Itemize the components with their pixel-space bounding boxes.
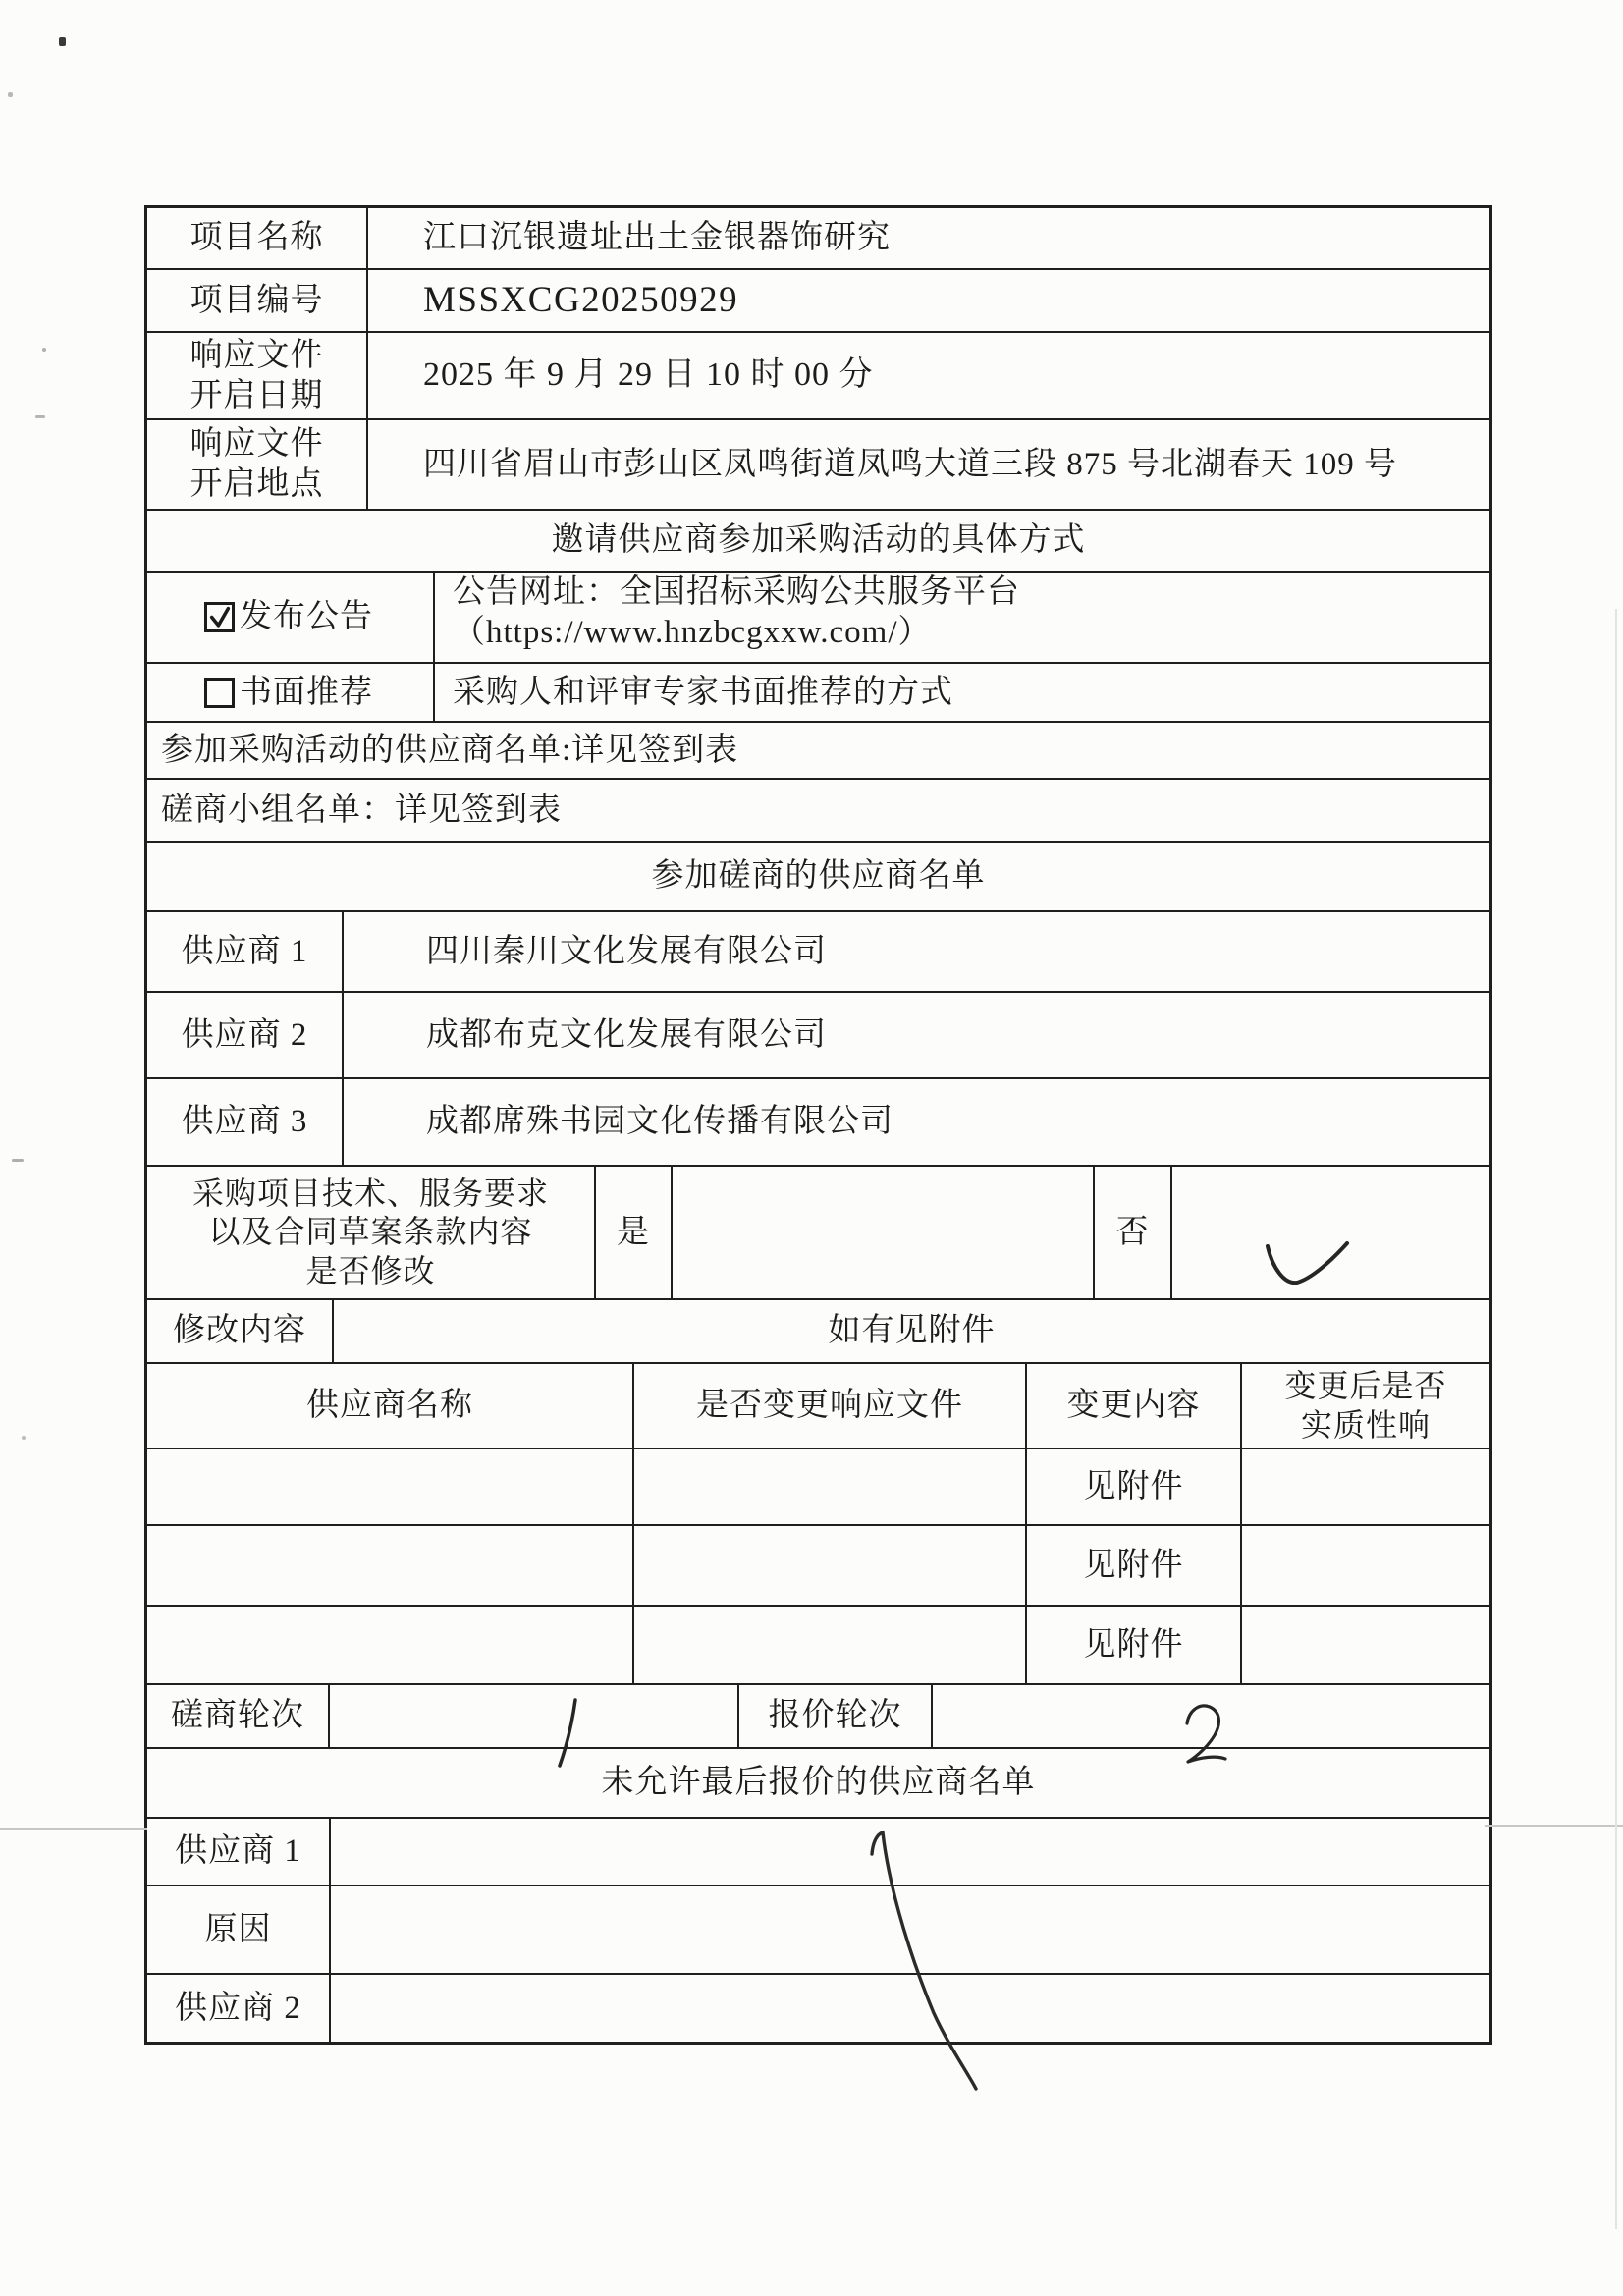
supplier-2-name: 成都布克文化发展有限公司	[344, 993, 1489, 1077]
row-open-place: 响应文件 开启地点 四川省眉山市彭山区凤鸣街道凤鸣大道三段 875 号北湖春天 …	[147, 420, 1489, 511]
supplier-2-label: 供应商 2	[147, 993, 344, 1077]
invite-header: 邀请供应商参加采购活动的具体方式	[147, 511, 1489, 571]
change-row-changed	[634, 1449, 1027, 1524]
row-supplier-2: 供应商 2 成都布克文化发展有限公司	[147, 993, 1489, 1079]
row-announce: 发布公告 公告网址：全国招标采购公共服务平台 （https://www.hnzb…	[147, 573, 1489, 664]
project-name-value: 江口沉银遗址出土金银器饰研究	[368, 208, 1489, 268]
announce-value: 公告网址：全国招标采购公共服务平台 （https://www.hnzbcgxxw…	[435, 573, 1489, 662]
row-negotiation-header: 参加磋商的供应商名单	[147, 843, 1489, 912]
recommend-label: 书面推荐	[240, 673, 373, 713]
row-project-number: 项目编号 MSSXCG20250929	[147, 270, 1489, 333]
change-header-supplier: 供应商名称	[147, 1364, 634, 1448]
modify-content-label: 修改内容	[147, 1300, 334, 1362]
modify-no-label: 否	[1095, 1167, 1172, 1298]
row-rounds: 磋商轮次 报价轮次	[147, 1685, 1489, 1749]
modify-yes-answer-cell	[673, 1167, 1095, 1298]
participants-line: 参加采购活动的供应商名单:详见签到表	[147, 723, 1489, 778]
project-number-value: MSSXCG20250929	[368, 270, 1489, 331]
change-header-changed: 是否变更响应文件	[634, 1364, 1027, 1448]
check-glyph	[207, 605, 232, 629]
project-name-label: 项目名称	[147, 208, 368, 268]
supplier-3-name: 成都席殊书园文化传播有限公司	[344, 1079, 1489, 1165]
modify-label-line2: 以及合同草案条款内容	[208, 1213, 532, 1251]
modify-label-line3: 是否修改	[305, 1252, 435, 1290]
change-row-supplier	[147, 1526, 634, 1605]
row-open-date: 响应文件 开启日期 2025 年 9 月 29 日 10 时 00 分	[147, 333, 1489, 420]
scan-speck	[59, 37, 66, 46]
panel-line: 磋商小组名单：详见签到表	[147, 780, 1489, 841]
scan-speck	[22, 1436, 26, 1440]
final-supplier-1-value	[331, 1819, 1489, 1885]
final-quote-header: 未允许最后报价的供应商名单	[147, 1749, 1489, 1817]
quote-round-value-cell	[933, 1685, 1489, 1747]
row-final-supplier-1: 供应商 1	[147, 1819, 1489, 1886]
row-change-header: 供应商名称 是否变更响应文件 变更内容 变更后是否 实质性响	[147, 1364, 1489, 1449]
open-date-label-line1: 响应文件	[190, 336, 324, 376]
checked-checkbox-icon	[204, 602, 235, 632]
change-header-substantial-line2: 实质性响	[1301, 1406, 1431, 1445]
row-final-supplier-2: 供应商 2	[147, 1975, 1489, 2042]
recommend-option: 书面推荐	[147, 664, 435, 721]
change-row-content: 见附件	[1027, 1607, 1242, 1683]
modify-label-line1: 采购项目技术、服务要求	[192, 1175, 549, 1213]
row-recommend: 书面推荐 采购人和评审专家书面推荐的方式	[147, 664, 1489, 723]
scan-line-artifact	[1485, 1825, 1623, 1827]
open-place-label: 响应文件 开启地点	[147, 420, 368, 509]
change-row-supplier	[147, 1607, 634, 1683]
row-supplier-1: 供应商 1 四川秦川文化发展有限公司	[147, 912, 1489, 993]
scan-speck	[42, 348, 46, 352]
row-invite-header: 邀请供应商参加采购活动的具体方式	[147, 511, 1489, 573]
row-modify-question: 采购项目技术、服务要求 以及合同草案条款内容 是否修改 是 否	[147, 1167, 1489, 1300]
open-place-label-line1: 响应文件	[190, 424, 324, 465]
scan-line-artifact	[0, 1828, 147, 1830]
change-row-substantial	[1242, 1526, 1489, 1605]
row-supplier-3: 供应商 3 成都席殊书园文化传播有限公司	[147, 1079, 1489, 1167]
modify-content-value: 如有见附件	[334, 1300, 1489, 1362]
open-date-value: 2025 年 9 月 29 日 10 时 00 分	[368, 333, 1489, 418]
scan-speck	[8, 92, 13, 97]
open-date-label-line2: 开启日期	[190, 376, 324, 416]
open-date-label: 响应文件 开启日期	[147, 333, 368, 418]
change-row-changed	[634, 1526, 1027, 1605]
final-supplier-1-label: 供应商 1	[147, 1819, 331, 1885]
scan-speck	[12, 1159, 24, 1162]
open-place-value: 四川省眉山市彭山区凤鸣街道凤鸣大道三段 875 号北湖春天 109 号	[368, 420, 1489, 509]
change-header-substantial: 变更后是否 实质性响	[1242, 1364, 1489, 1448]
announce-option: 发布公告	[147, 573, 435, 662]
scan-speck	[35, 415, 45, 418]
row-modify-content: 修改内容 如有见附件	[147, 1300, 1489, 1364]
announce-line2: （https://www.hnzbcgxxw.com/）	[453, 613, 932, 653]
modify-no-answer-cell	[1172, 1167, 1489, 1298]
change-row-content: 见附件	[1027, 1526, 1242, 1605]
final-reason-label: 原因	[147, 1886, 331, 1973]
row-project-name: 项目名称 江口沉银遗址出土金银器饰研究	[147, 208, 1489, 270]
open-place-label-line2: 开启地点	[190, 465, 324, 505]
unchecked-checkbox-icon	[204, 678, 235, 708]
change-table-row: 见附件	[147, 1449, 1489, 1526]
scan-edge-artifact	[1615, 609, 1617, 2229]
change-header-content: 变更内容	[1027, 1364, 1242, 1448]
announce-line1: 公告网址：全国招标采购公共服务平台	[453, 573, 1020, 613]
row-final-quote-header: 未允许最后报价的供应商名单	[147, 1749, 1489, 1819]
modify-label: 采购项目技术、服务要求 以及合同草案条款内容 是否修改	[147, 1167, 596, 1298]
change-row-changed	[634, 1607, 1027, 1683]
change-row-substantial	[1242, 1449, 1489, 1524]
row-panel: 磋商小组名单：详见签到表	[147, 780, 1489, 843]
change-header-substantial-line1: 变更后是否	[1284, 1367, 1446, 1405]
negotiation-round-value-cell	[330, 1685, 739, 1747]
scanned-document-page: 项目名称 江口沉银遗址出土金银器饰研究 项目编号 MSSXCG20250929 …	[0, 0, 1623, 2296]
final-reason-value	[331, 1886, 1489, 1973]
row-final-reason: 原因	[147, 1886, 1489, 1975]
negotiation-header: 参加磋商的供应商名单	[147, 843, 1489, 910]
change-row-content: 见附件	[1027, 1449, 1242, 1524]
change-row-substantial	[1242, 1607, 1489, 1683]
final-supplier-2-label: 供应商 2	[147, 1975, 331, 2042]
procurement-form-table: 项目名称 江口沉银遗址出土金银器饰研究 项目编号 MSSXCG20250929 …	[144, 205, 1492, 2045]
modify-yes-label: 是	[596, 1167, 673, 1298]
project-number-label: 项目编号	[147, 270, 368, 331]
negotiation-round-label: 磋商轮次	[147, 1685, 330, 1747]
final-supplier-2-value	[331, 1975, 1489, 2042]
row-participants: 参加采购活动的供应商名单:详见签到表	[147, 723, 1489, 780]
supplier-3-label: 供应商 3	[147, 1079, 344, 1165]
change-table-row: 见附件	[147, 1526, 1489, 1607]
recommend-value: 采购人和评审专家书面推荐的方式	[435, 664, 1489, 721]
supplier-1-label: 供应商 1	[147, 912, 344, 991]
announce-label: 发布公告	[240, 597, 373, 637]
supplier-1-name: 四川秦川文化发展有限公司	[344, 912, 1489, 991]
change-table-row: 见附件	[147, 1607, 1489, 1685]
quote-round-label: 报价轮次	[739, 1685, 933, 1747]
change-row-supplier	[147, 1449, 634, 1524]
